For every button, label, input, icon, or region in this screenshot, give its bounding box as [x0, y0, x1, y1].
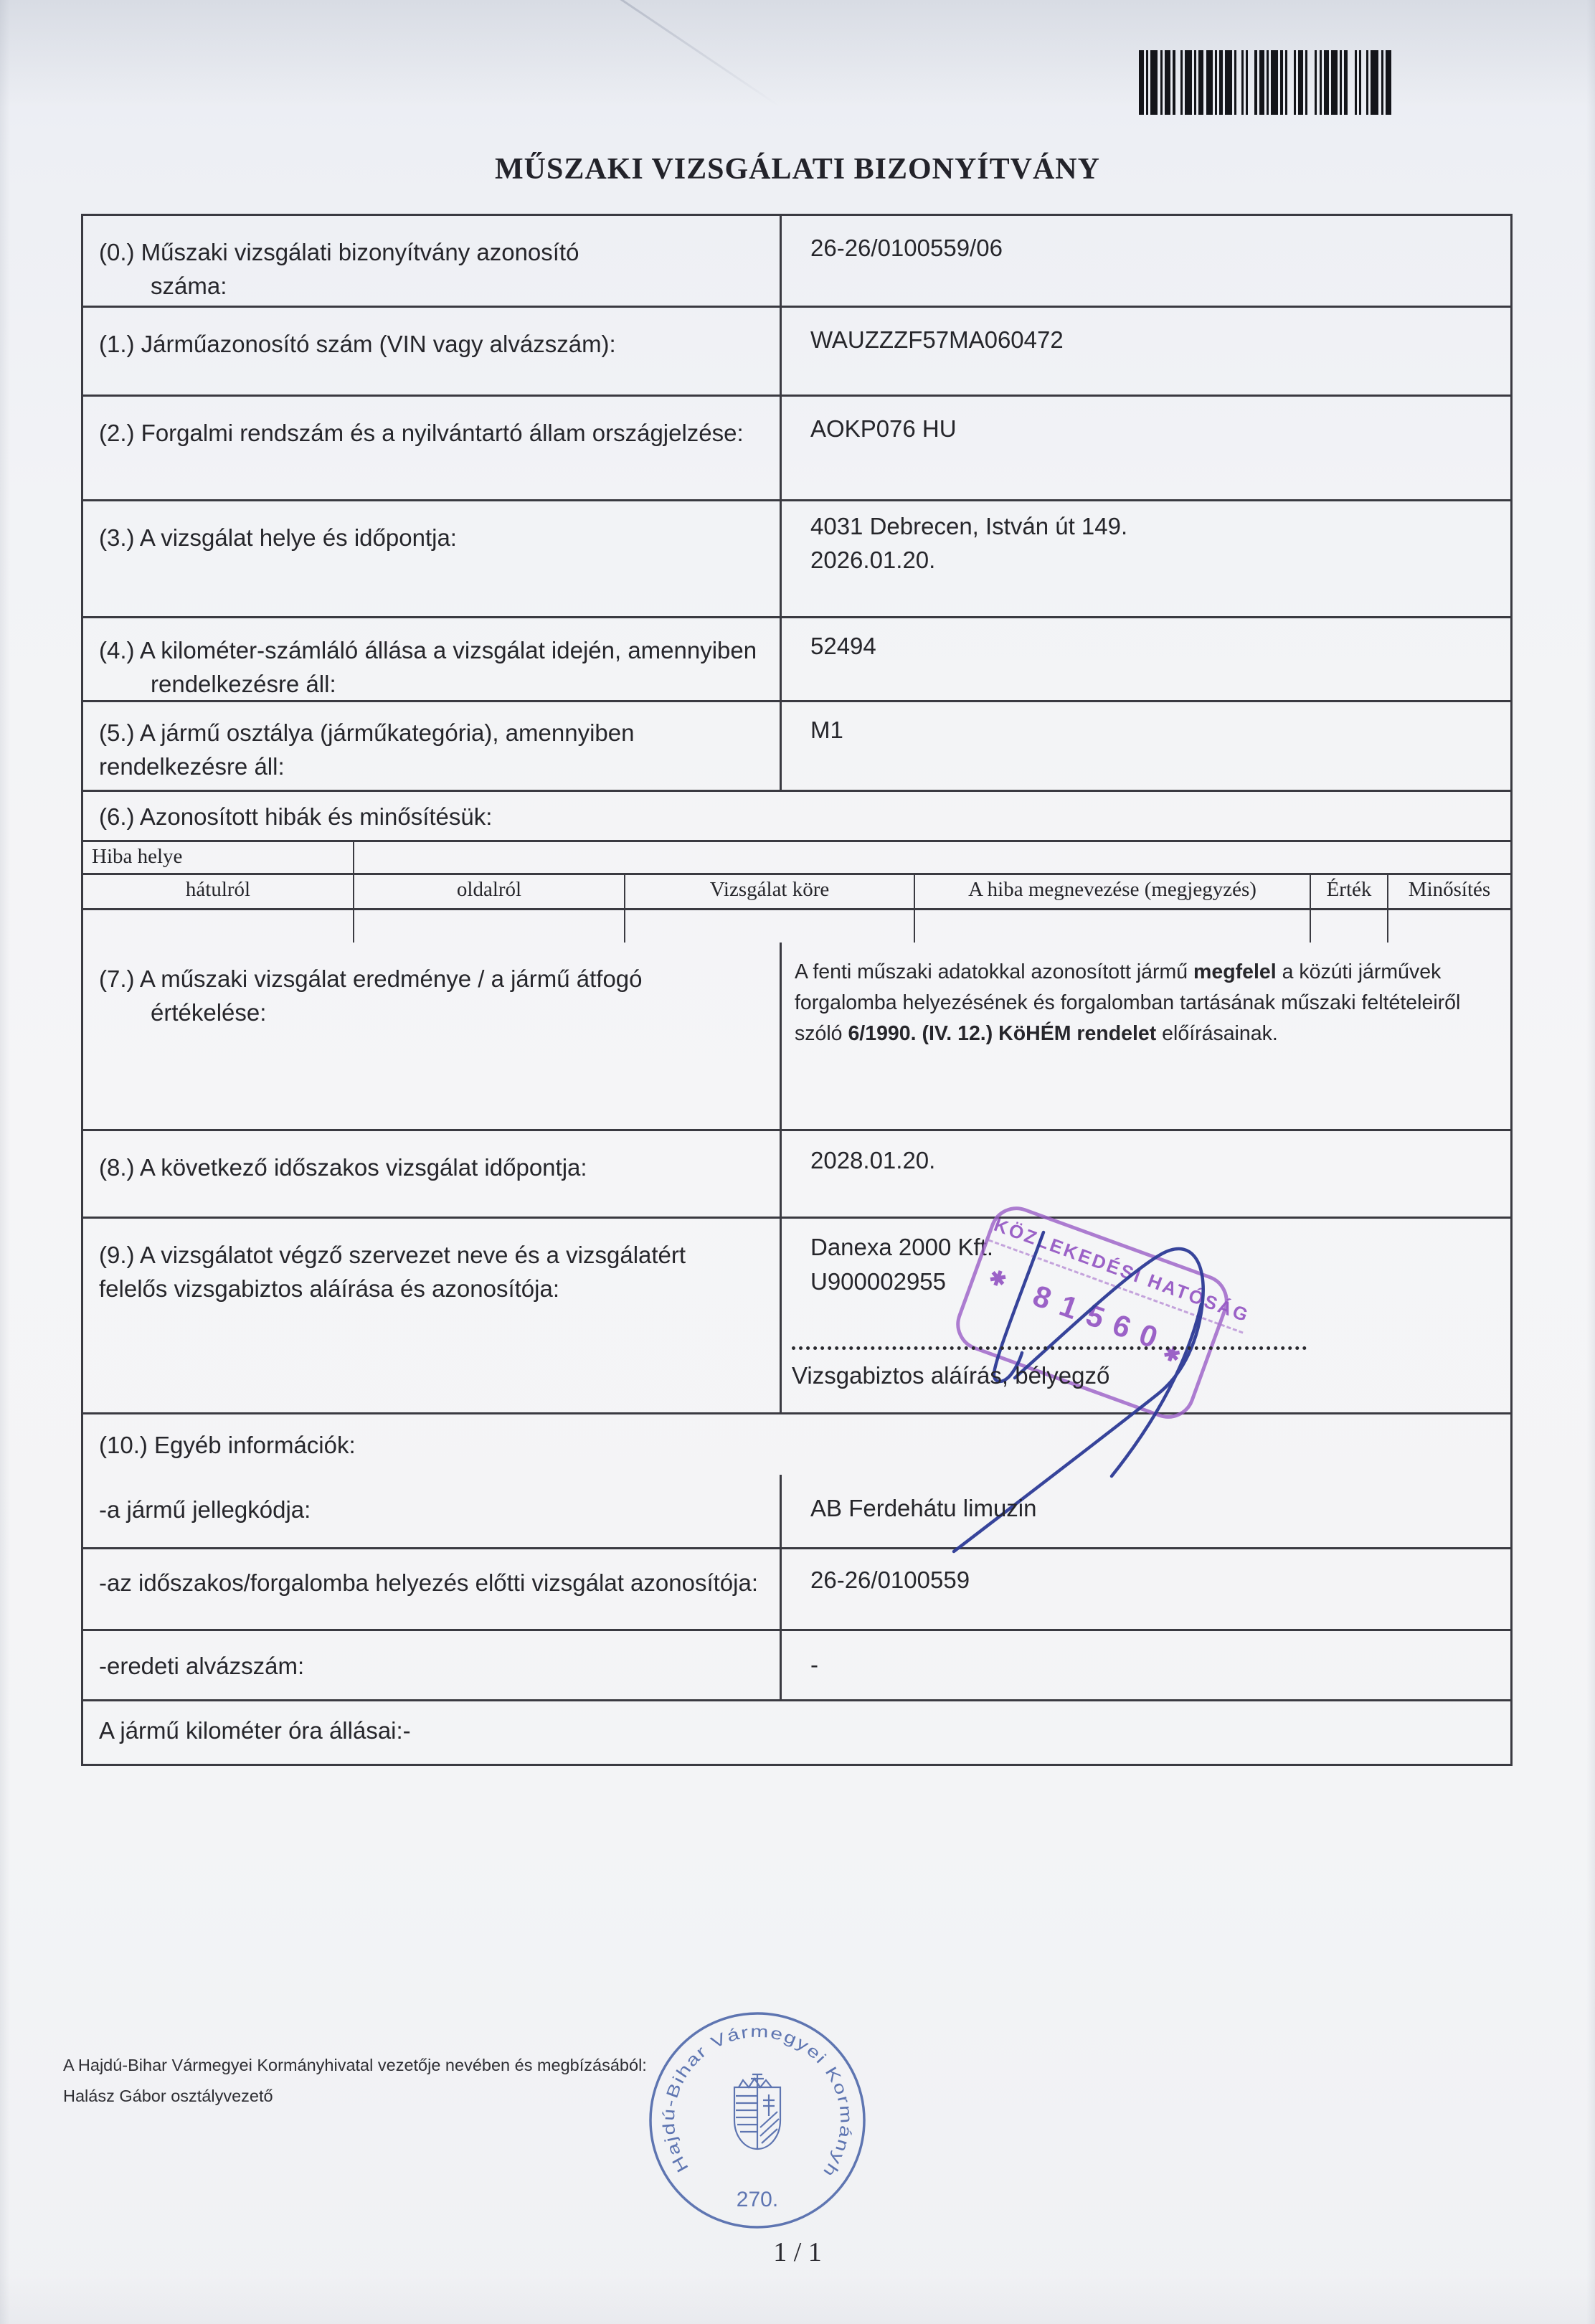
defect-empty-cell [625, 910, 915, 943]
table-row: (1.) Járműazonosító szám (VIN vagy alváz… [83, 306, 1510, 395]
row3-label: (3.) A vizsgálat helye és időpontja: [99, 524, 457, 551]
row3-label-cell: (3.) A vizsgálat helye és időpontja: [83, 501, 780, 616]
row7-value-cell: A fenti műszaki adatokkal azonosított já… [780, 943, 1510, 1129]
round-stamp-number: 270. [737, 2188, 778, 2211]
row2-value: AOKP076 HU [810, 415, 957, 442]
section6-label: (6.) Azonosított hibák és minősítésük: [99, 803, 492, 830]
signature-dotted-line [792, 1346, 1307, 1350]
section6-header-row: (6.) Azonosított hibák és minősítésük: [83, 790, 1510, 840]
row3-value-line1: 4031 Debrecen, István út 149. [810, 510, 1493, 544]
defect-empty-cell [354, 910, 625, 943]
defect-header-row: hátulról oldalról Vizsgálat köre A hiba … [83, 873, 1510, 908]
row9-label: (9.) A vizsgálatot végző szervezet neve … [99, 1242, 686, 1302]
table-row: -eredeti alvázszám: - [83, 1629, 1510, 1699]
row3-value-cell: 4031 Debrecen, István út 149. 2026.01.20… [780, 501, 1510, 616]
table-row: (5.) A jármű osztálya (járműkategória), … [83, 700, 1510, 790]
table-row: (9.) A vizsgálatot végző szervezet neve … [83, 1217, 1510, 1412]
defect-corner-header: Hiba helye [83, 842, 354, 873]
defect-col-oldalrol: oldalról [354, 875, 625, 908]
paper-crease [612, 0, 780, 107]
row7-label-cell: (7.) A műszaki vizsgálat eredménye / a j… [83, 943, 780, 1129]
inspection-result-text: A fenti műszaki adatokkal azonosított já… [795, 955, 1493, 1049]
row5-value-cell: M1 [780, 702, 1510, 790]
row5-label-cell: (5.) A jármű osztálya (járműkategória), … [83, 702, 780, 790]
item0-label-cell: -a jármű jellegkódja: [83, 1475, 780, 1547]
item1-label: -az időszakos/forgalomba helyezés előtti… [99, 1569, 758, 1596]
defect-empty-cell [1388, 910, 1510, 943]
table-row: (4.) A kilométer-számláló állása a vizsg… [83, 616, 1510, 700]
row1-label-cell: (1.) Járműazonosító szám (VIN vagy alváz… [83, 308, 780, 395]
footer-line2: Halász Gábor osztályvezető [63, 2081, 647, 2112]
row8-value: 2028.01.20. [810, 1147, 935, 1173]
row5-value: M1 [810, 717, 843, 743]
defect-col-vizsgalat-kore: Vizsgálat köre [625, 875, 915, 908]
main-table: (0.) Műszaki vizsgálati bizonyítvány azo… [81, 214, 1513, 1766]
odometer-row: A jármű kilométer óra állásai:- [83, 1699, 1510, 1764]
document-title: MŰSZAKI VIZSGÁLATI BIZONYÍTVÁNY [0, 152, 1595, 186]
item1-value: 26-26/0100559 [810, 1567, 970, 1593]
row8-label-cell: (8.) A következő időszakos vizsgálat idő… [83, 1131, 780, 1217]
defect-col-hiba-megnevezese: A hiba megnevezése (megjegyzés) [915, 875, 1311, 908]
row4-label-cell: (4.) A kilométer-számláló állása a vizsg… [83, 618, 780, 700]
government-office-round-stamp: Hajdú-Bihar Vármegyei Kormányhivatal 270… [644, 2007, 874, 2244]
row2-label: (2.) Forgalmi rendszám és a nyilvántartó… [99, 420, 744, 446]
table-row: (7.) A műszaki vizsgálat eredménye / a j… [83, 943, 1510, 1129]
defect-table: Hiba helye hátulról oldalról Vizsgálat k… [83, 840, 1510, 943]
row9-value-cell: Danexa 2000 Kft. U900002955 KÖZLEKEDÉSI … [780, 1219, 1510, 1412]
item0-value-cell: AB Ferdehátu limuzin [780, 1475, 1510, 1547]
round-stamp-circular-text: Hajdú-Bihar Vármegyei Kormányhivatal [644, 2007, 856, 2182]
table-row: -az időszakos/forgalomba helyezés előtti… [83, 1547, 1510, 1629]
table-row: -a jármű jellegkódja: AB Ferdehátu limuz… [83, 1475, 1510, 1547]
row7-label: (7.) A műszaki vizsgálat eredménye / a j… [99, 963, 703, 1030]
result-bold2: 6/1990. (IV. 12.) KöHÉM rendelet [848, 1022, 1156, 1045]
defect-col-ertek: Érték [1311, 875, 1388, 908]
table-row: (0.) Műszaki vizsgálati bizonyítvány azo… [83, 216, 1510, 306]
row0-label: (0.) Műszaki vizsgálati bizonyítvány azo… [99, 236, 653, 303]
row0-label-cell: (0.) Műszaki vizsgálati bizonyítvány azo… [83, 216, 780, 306]
result-bold1: megfelel [1193, 960, 1277, 983]
row5-label: (5.) A jármű osztálya (járműkategória), … [99, 719, 635, 780]
odometer-label: A jármű kilométer óra állásai:- [99, 1717, 411, 1744]
defect-col-minosites: Minősítés [1388, 875, 1510, 908]
defect-empty-cell [915, 910, 1311, 943]
defect-corner-row: Hiba helye [83, 842, 1510, 873]
row0-value-cell: 26-26/0100559/06 [780, 216, 1510, 306]
coat-of-arms-icon [734, 2074, 780, 2149]
row3-value-line2: 2026.01.20. [810, 544, 1493, 577]
scanned-document: MŰSZAKI VIZSGÁLATI BIZONYÍTVÁNY (0.) Műs… [0, 0, 1595, 2324]
item0-value: AB Ferdehátu limuzin [810, 1495, 1036, 1521]
footer-note: A Hajdú-Bihar Vármegyei Kormányhivatal v… [63, 2050, 647, 2112]
row8-value-cell: 2028.01.20. [780, 1131, 1510, 1217]
signature-caption: Vizsgabiztos aláírás, bélyegző [792, 1359, 1109, 1393]
section10-header-row: (10.) Egyéb információk: [83, 1412, 1510, 1475]
result-part3: előírásainak. [1156, 1022, 1278, 1045]
result-part1: A fenti műszaki adatokkal azonosított já… [795, 960, 1193, 983]
item2-value-cell: - [780, 1631, 1510, 1699]
row1-value: WAUZZZF57MA060472 [810, 326, 1064, 353]
item2-value: - [810, 1651, 818, 1678]
table-row: (8.) A következő időszakos vizsgálat idő… [83, 1129, 1510, 1217]
defect-corner-empty [354, 842, 1510, 873]
item2-label: -eredeti alvázszám: [99, 1653, 304, 1679]
row2-label-cell: (2.) Forgalmi rendszám és a nyilvántartó… [83, 397, 780, 499]
defect-empty-cell [83, 910, 354, 943]
svg-text:Hajdú-Bihar Vármegyei Kormányh: Hajdú-Bihar Vármegyei Kormányhivatal [644, 2007, 856, 2182]
table-row: (3.) A vizsgálat helye és időpontja: 403… [83, 499, 1510, 616]
section10-label: (10.) Egyéb információk: [99, 1432, 356, 1458]
row4-label: (4.) A kilométer-számláló állása a vizsg… [99, 634, 758, 702]
row1-label: (1.) Járműazonosító szám (VIN vagy alváz… [99, 331, 616, 357]
table-row: (2.) Forgalmi rendszám és a nyilvántartó… [83, 395, 1510, 499]
defect-empty-row [83, 908, 1510, 943]
row8-label: (8.) A következő időszakos vizsgálat idő… [99, 1154, 587, 1181]
item1-label-cell: -az időszakos/forgalomba helyezés előtti… [83, 1549, 780, 1629]
row0-value: 26-26/0100559/06 [810, 235, 1003, 261]
row4-value: 52494 [810, 633, 876, 659]
row1-value-cell: WAUZZZF57MA060472 [780, 308, 1510, 395]
defect-col-hatulrol: hátulról [83, 875, 354, 908]
page-number: 1 / 1 [0, 2236, 1595, 2268]
item2-label-cell: -eredeti alvázszám: [83, 1631, 780, 1699]
row4-value-cell: 52494 [780, 618, 1510, 700]
footer-line1: A Hajdú-Bihar Vármegyei Kormányhivatal v… [63, 2050, 647, 2081]
row9-label-cell: (9.) A vizsgálatot végző szervezet neve … [83, 1219, 780, 1412]
item0-label: -a jármű jellegkódja: [99, 1496, 311, 1523]
defect-empty-cell [1311, 910, 1388, 943]
barcode [1139, 50, 1482, 115]
row2-value-cell: AOKP076 HU [780, 397, 1510, 499]
item1-value-cell: 26-26/0100559 [780, 1549, 1510, 1629]
